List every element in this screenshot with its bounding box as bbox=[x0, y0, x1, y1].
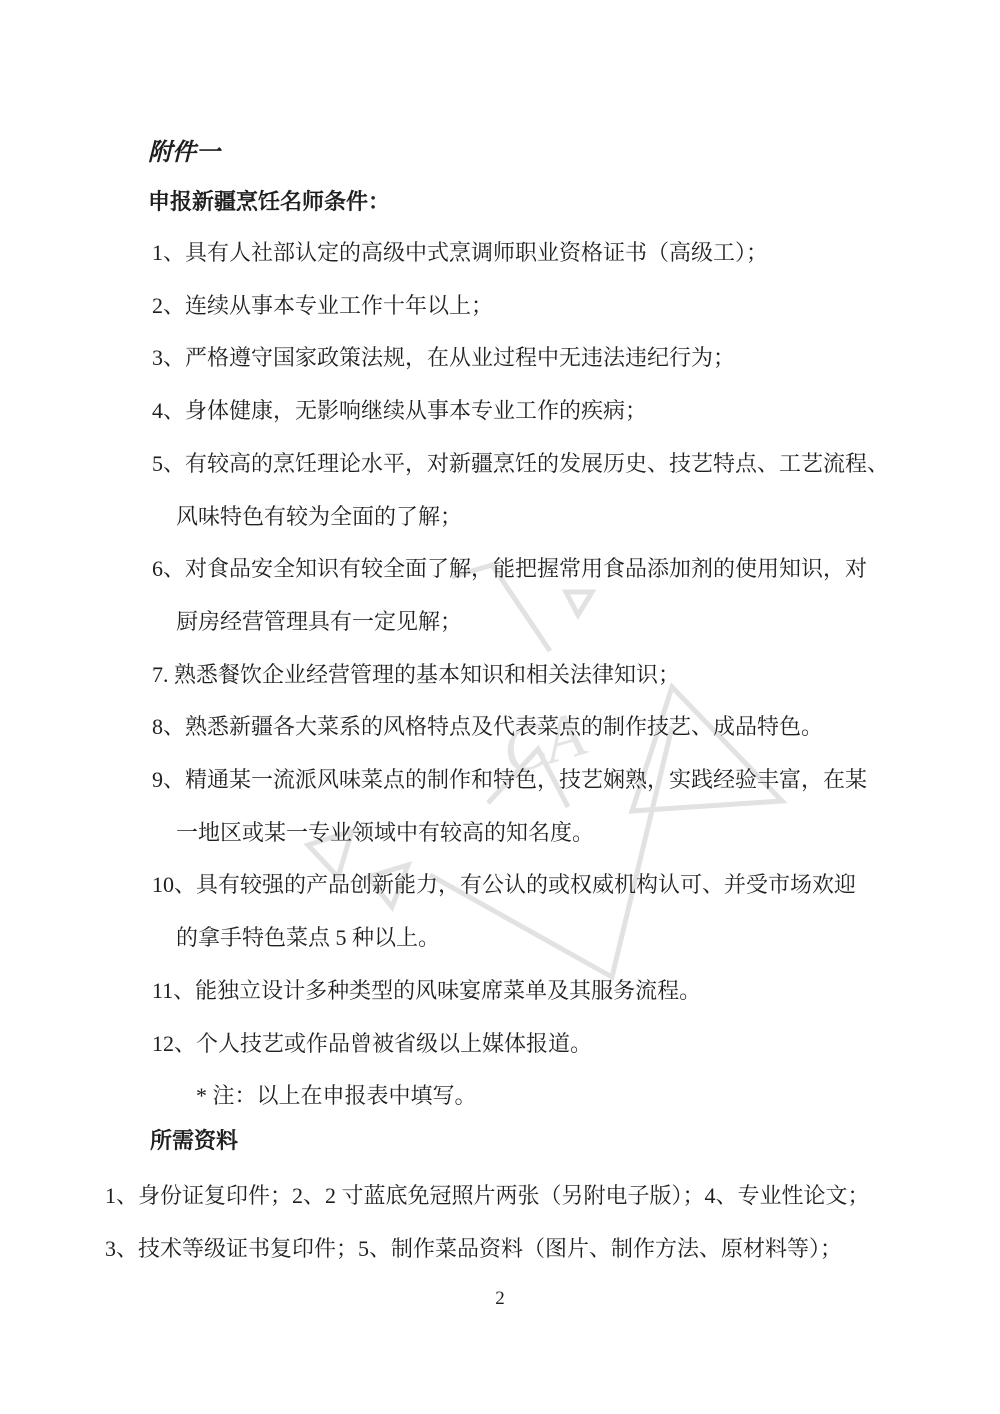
materials-list: 1、身份证复印件；2、2 寸蓝底免冠照片两张（另附电子版）；4、专业性论文； 3… bbox=[105, 1170, 870, 1275]
condition-line-6-cont: 厨房经营管理具有一定见解； bbox=[152, 596, 889, 649]
condition-line-9: 9、精通某一流派风味菜点的制作和特色，技艺娴熟，实践经验丰富，在某 bbox=[152, 754, 889, 807]
condition-line-9-cont: 一地区或某一专业领域中有较高的知名度。 bbox=[152, 807, 889, 860]
condition-line-10: 10、具有较强的产品创新能力，有公认的或权威机构认可、并受市场欢迎 bbox=[152, 859, 889, 912]
condition-line-11: 11、能独立设计多种类型的风味宴席菜单及其服务流程。 bbox=[152, 965, 889, 1018]
condition-line-5-cont: 风味特色有较为全面的了解； bbox=[152, 491, 889, 544]
materials-line-2: 3、技术等级证书复印件；5、制作菜品资料（图片、制作方法、原材料等）； bbox=[105, 1223, 870, 1276]
condition-line-3: 3、严格遵守国家政策法规，在从业过程中无违法违纪行为； bbox=[152, 332, 889, 385]
condition-line-4: 4、身体健康，无影响继续从事本专业工作的疾病； bbox=[152, 385, 889, 438]
condition-line-10-cont: 的拿手特色菜点 5 种以上。 bbox=[152, 912, 889, 965]
condition-line-8: 8、熟悉新疆各大菜系的风格特点及代表菜点的制作技艺、成品特色。 bbox=[152, 701, 889, 754]
materials-line-1: 1、身份证复印件；2、2 寸蓝底免冠照片两张（另附电子版）；4、专业性论文； bbox=[105, 1170, 870, 1223]
condition-line-1: 1、具有人社部认定的高级中式烹调师职业资格证书（高级工）； bbox=[152, 227, 889, 280]
condition-line-7: 7. 熟悉餐饮企业经营管理的基本知识和相关法律知识； bbox=[152, 649, 889, 702]
condition-line-5: 5、有较高的烹饪理论水平，对新疆烹饪的发展历史、技艺特点、工艺流程、 bbox=[152, 438, 889, 491]
condition-line-6: 6、对食品安全知识有较全面了解，能把握常用食品添加剂的使用知识，对 bbox=[152, 543, 889, 596]
page-number: 2 bbox=[0, 1288, 1000, 1310]
condition-line-12: 12、个人技艺或作品曾被省级以上媒体报道。 bbox=[152, 1018, 889, 1071]
attachment-heading: 附件一 bbox=[148, 132, 220, 167]
conditions-heading: 申报新疆烹饪名师条件： bbox=[148, 185, 390, 216]
document-page: CA 附件一 申报新疆烹饪名师条件： 1、具有人社部认定的高级中式烹调师职业资格… bbox=[0, 0, 1000, 1414]
note-line: * 注：以上在申报表中填写。 bbox=[152, 1070, 889, 1123]
condition-line-2: 2、连续从事本专业工作十年以上； bbox=[152, 280, 889, 333]
conditions-list: 1、具有人社部认定的高级中式烹调师职业资格证书（高级工）； 2、连续从事本专业工… bbox=[152, 227, 889, 1123]
materials-heading: 所需资料 bbox=[150, 1115, 238, 1168]
